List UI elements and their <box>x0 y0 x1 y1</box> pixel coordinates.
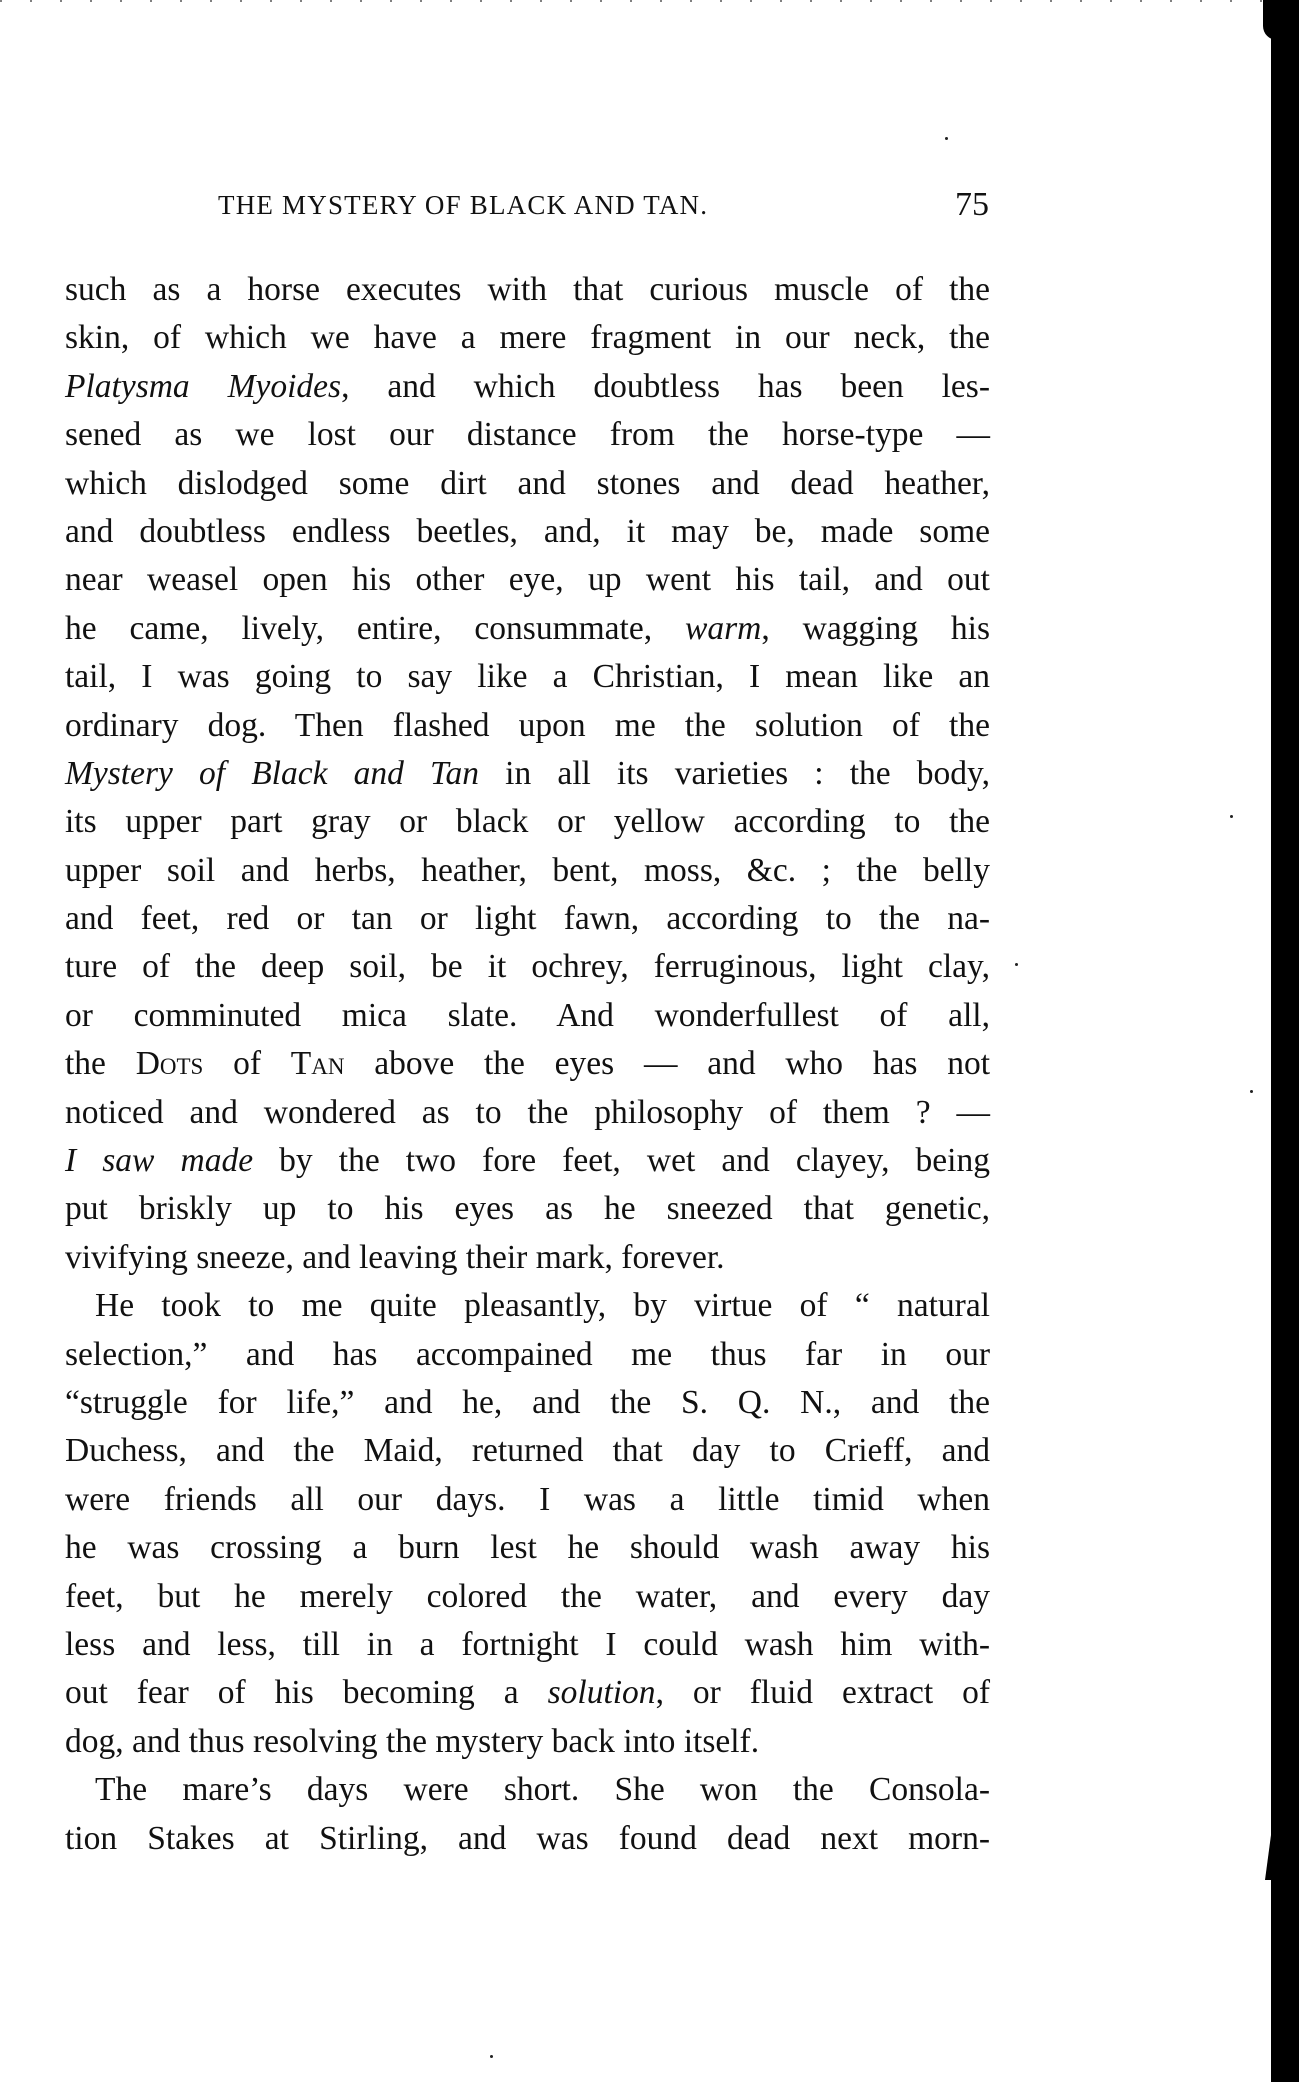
text-line: “struggle for life,” and he, and the S. … <box>65 1379 990 1427</box>
text-line: he was crossing a burn lest he should wa… <box>65 1524 990 1572</box>
scan-speck <box>490 2055 493 2058</box>
scan-top-edge <box>0 0 1280 2</box>
text-line: which dislodged some dirt and stones and… <box>65 460 990 508</box>
italic-term: Platysma Myoides <box>65 368 341 405</box>
text-segment: above the eyes — and who has not <box>344 1045 990 1082</box>
book-page: THE MYSTERY OF BLACK AND TAN. 75 such as… <box>0 0 1299 2082</box>
text-line: out fear of his becoming a solution, or … <box>65 1669 990 1717</box>
text-line: I saw made by the two fore feet, wet and… <box>65 1137 990 1185</box>
scan-speck <box>1230 815 1233 818</box>
scan-speck <box>1250 1090 1253 1093</box>
text-line: upper soil and herbs, heather, bent, mos… <box>65 847 990 895</box>
italic-term: I saw made <box>65 1142 253 1179</box>
text-segment: , or fluid extract of <box>656 1674 990 1711</box>
text-line: the Dots of Tan above the eyes — and who… <box>65 1040 990 1088</box>
scan-speck <box>945 137 948 140</box>
paragraph-3: The mare’s days were short. She won the … <box>65 1766 990 1863</box>
text-line: less and less, till in a fortnight I cou… <box>65 1621 990 1669</box>
page-header: THE MYSTERY OF BLACK AND TAN. 75 <box>0 190 1299 230</box>
text-line: ordinary dog. Then flashed upon me the s… <box>65 702 990 750</box>
italic-term: solution <box>548 1674 656 1711</box>
text-line: ture of the deep soil, be it ochrey, fer… <box>65 943 990 991</box>
scan-right-edge <box>1271 0 1299 2082</box>
text-segment: by the two fore feet, wet and clayey, be… <box>253 1142 990 1179</box>
text-line: tion Stakes at Stirling, and was found d… <box>65 1815 990 1863</box>
text-line: its upper part gray or black or yellow a… <box>65 798 990 846</box>
text-line: Duchess, and the Maid, returned that day… <box>65 1427 990 1475</box>
text-line: skin, of which we have a mere fragment i… <box>65 314 990 362</box>
text-segment: , and which doubtless has been les- <box>341 368 990 405</box>
text-line: vivifying sneeze, and leaving their mark… <box>65 1234 990 1282</box>
text-line: noticed and wondered as to the philosoph… <box>65 1089 990 1137</box>
text-line: such as a horse executes with that curio… <box>65 266 990 314</box>
scan-edge-notch <box>1265 1820 1273 1880</box>
text-line: were friends all our days. I was a littl… <box>65 1476 990 1524</box>
text-line: tail, I was going to say like a Christia… <box>65 653 990 701</box>
page-number: 75 <box>955 186 989 224</box>
italic-term: warm <box>685 610 761 647</box>
body-text: such as a horse executes with that curio… <box>65 266 990 1863</box>
running-head: THE MYSTERY OF BLACK AND TAN. <box>218 190 708 221</box>
text-segment: he came, lively, entire, consummate, <box>65 610 685 647</box>
text-line: Platysma Myoides, and which doubtless ha… <box>65 363 990 411</box>
small-caps-term: Tan <box>291 1045 345 1082</box>
text-segment: out fear of his becoming a <box>65 1674 548 1711</box>
small-caps-term: Dots <box>136 1045 204 1082</box>
text-line: Mystery of Black and Tan in all its vari… <box>65 750 990 798</box>
scan-speck <box>1015 963 1018 966</box>
paragraph-1: such as a horse executes with that curio… <box>65 266 990 1282</box>
paragraph-2: He took to me quite pleasantly, by virtu… <box>65 1282 990 1766</box>
text-line: He took to me quite pleasantly, by virtu… <box>65 1282 990 1330</box>
text-segment: of <box>203 1045 290 1082</box>
text-line: The mare’s days were short. She won the … <box>65 1766 990 1814</box>
text-segment: the <box>65 1045 136 1082</box>
text-line: near weasel open his other eye, up went … <box>65 556 990 604</box>
text-line: feet, but he merely colored the water, a… <box>65 1573 990 1621</box>
text-segment: , wagging his <box>761 610 990 647</box>
text-line: he came, lively, entire, consummate, war… <box>65 605 990 653</box>
text-line: and feet, red or tan or light fawn, acco… <box>65 895 990 943</box>
text-segment: in all its varieties : the body, <box>479 755 990 792</box>
text-line: dog, and thus resolving the mystery back… <box>65 1718 990 1766</box>
text-line: or comminuted mica slate. And wonderfull… <box>65 992 990 1040</box>
text-line: put briskly up to his eyes as he sneezed… <box>65 1185 990 1233</box>
text-line: and doubtless endless beetles, and, it m… <box>65 508 990 556</box>
text-line: sened as we lost our distance from the h… <box>65 411 990 459</box>
text-line: selection,” and has accompained me thus … <box>65 1331 990 1379</box>
italic-term: Mystery of Black and Tan <box>65 755 479 792</box>
